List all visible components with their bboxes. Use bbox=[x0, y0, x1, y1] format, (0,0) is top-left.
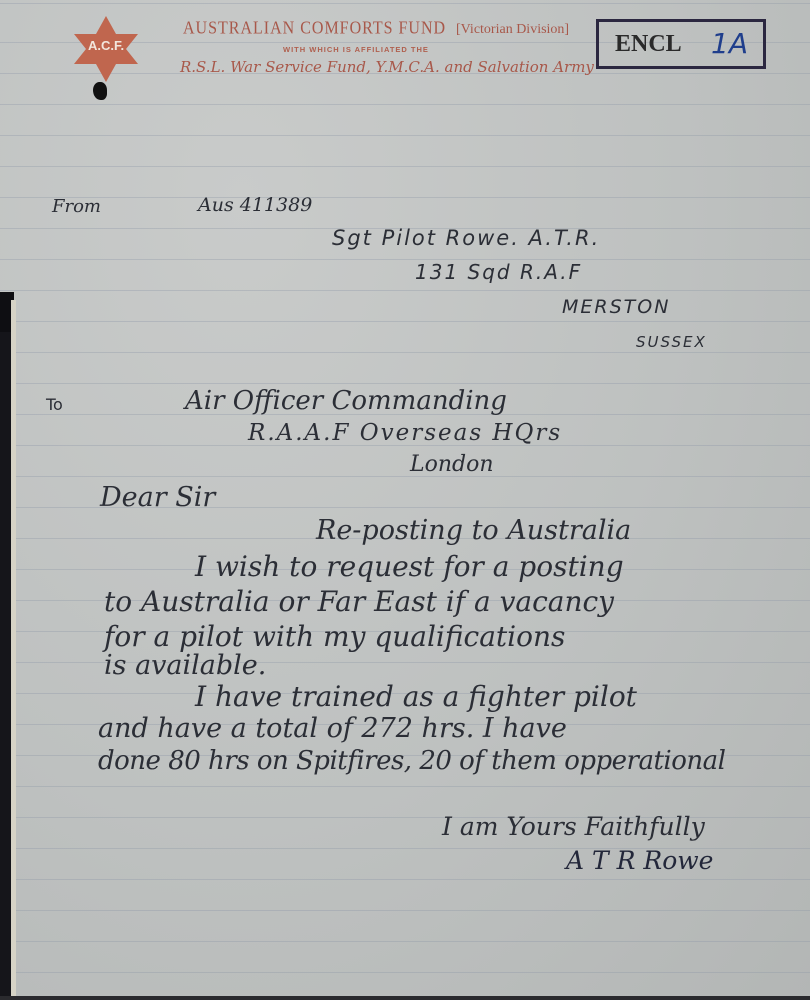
recipient-organisation: R.A.A.F Overseas HQrs bbox=[248, 420, 562, 446]
body-line-5: I have trained as a fighter pilot bbox=[195, 680, 637, 713]
acf-star-logo: A.C.F. bbox=[74, 16, 138, 82]
subject-line: Re-posting to Australia bbox=[316, 515, 631, 546]
signature: A T R Rowe bbox=[566, 846, 713, 875]
body-line-2: to Australia or Far East if a vacancy bbox=[104, 585, 614, 618]
scan-edge-shadow bbox=[0, 292, 11, 1000]
body-line-3: for a pilot with my qualifications bbox=[104, 620, 565, 653]
body-line-7: done 80 hrs on Spitfires, 20 of them opp… bbox=[98, 746, 725, 776]
to-label: To bbox=[46, 395, 63, 414]
service-number: Aus 411389 bbox=[198, 194, 312, 216]
letterhead-title: AUSTRALIAN COMFORTS FUND bbox=[183, 19, 446, 39]
letterhead-division: [Victorian Division] bbox=[456, 22, 569, 38]
sender-county: Sussex bbox=[636, 333, 707, 351]
body-line-4: is available. bbox=[104, 650, 266, 681]
scan-bottom-edge bbox=[0, 996, 810, 1000]
letterhead-affiliated: WITH WHICH IS AFFILIATED THE bbox=[283, 45, 429, 54]
ink-blot bbox=[93, 82, 107, 100]
from-label: From bbox=[52, 196, 101, 217]
letterhead-organisations: R.S.L. War Service Fund, Y.M.C.A. and Sa… bbox=[180, 58, 594, 76]
body-line-1: I wish to request for a posting bbox=[195, 550, 624, 583]
enclosure-stamp: ENCL 1A bbox=[596, 19, 766, 69]
enclosure-number: 1A bbox=[711, 27, 748, 60]
sender-location: Merston bbox=[562, 296, 670, 318]
recipient-city: London bbox=[410, 452, 494, 477]
logo-text: A.C.F. bbox=[74, 38, 138, 53]
body-line-6: and have a total of 272 hrs. I have bbox=[98, 713, 567, 744]
sender-name: Sgt Pilot Rowe. A.T.R. bbox=[332, 226, 600, 250]
salutation: Dear Sir bbox=[100, 482, 215, 513]
enclosure-label: ENCL bbox=[615, 31, 682, 58]
sender-unit: 131 Sqd R.A.F bbox=[415, 260, 582, 284]
closing: I am Yours Faithfully bbox=[442, 812, 705, 841]
recipient-title: Air Officer Commanding bbox=[185, 386, 507, 416]
paper-edge bbox=[11, 300, 16, 1000]
